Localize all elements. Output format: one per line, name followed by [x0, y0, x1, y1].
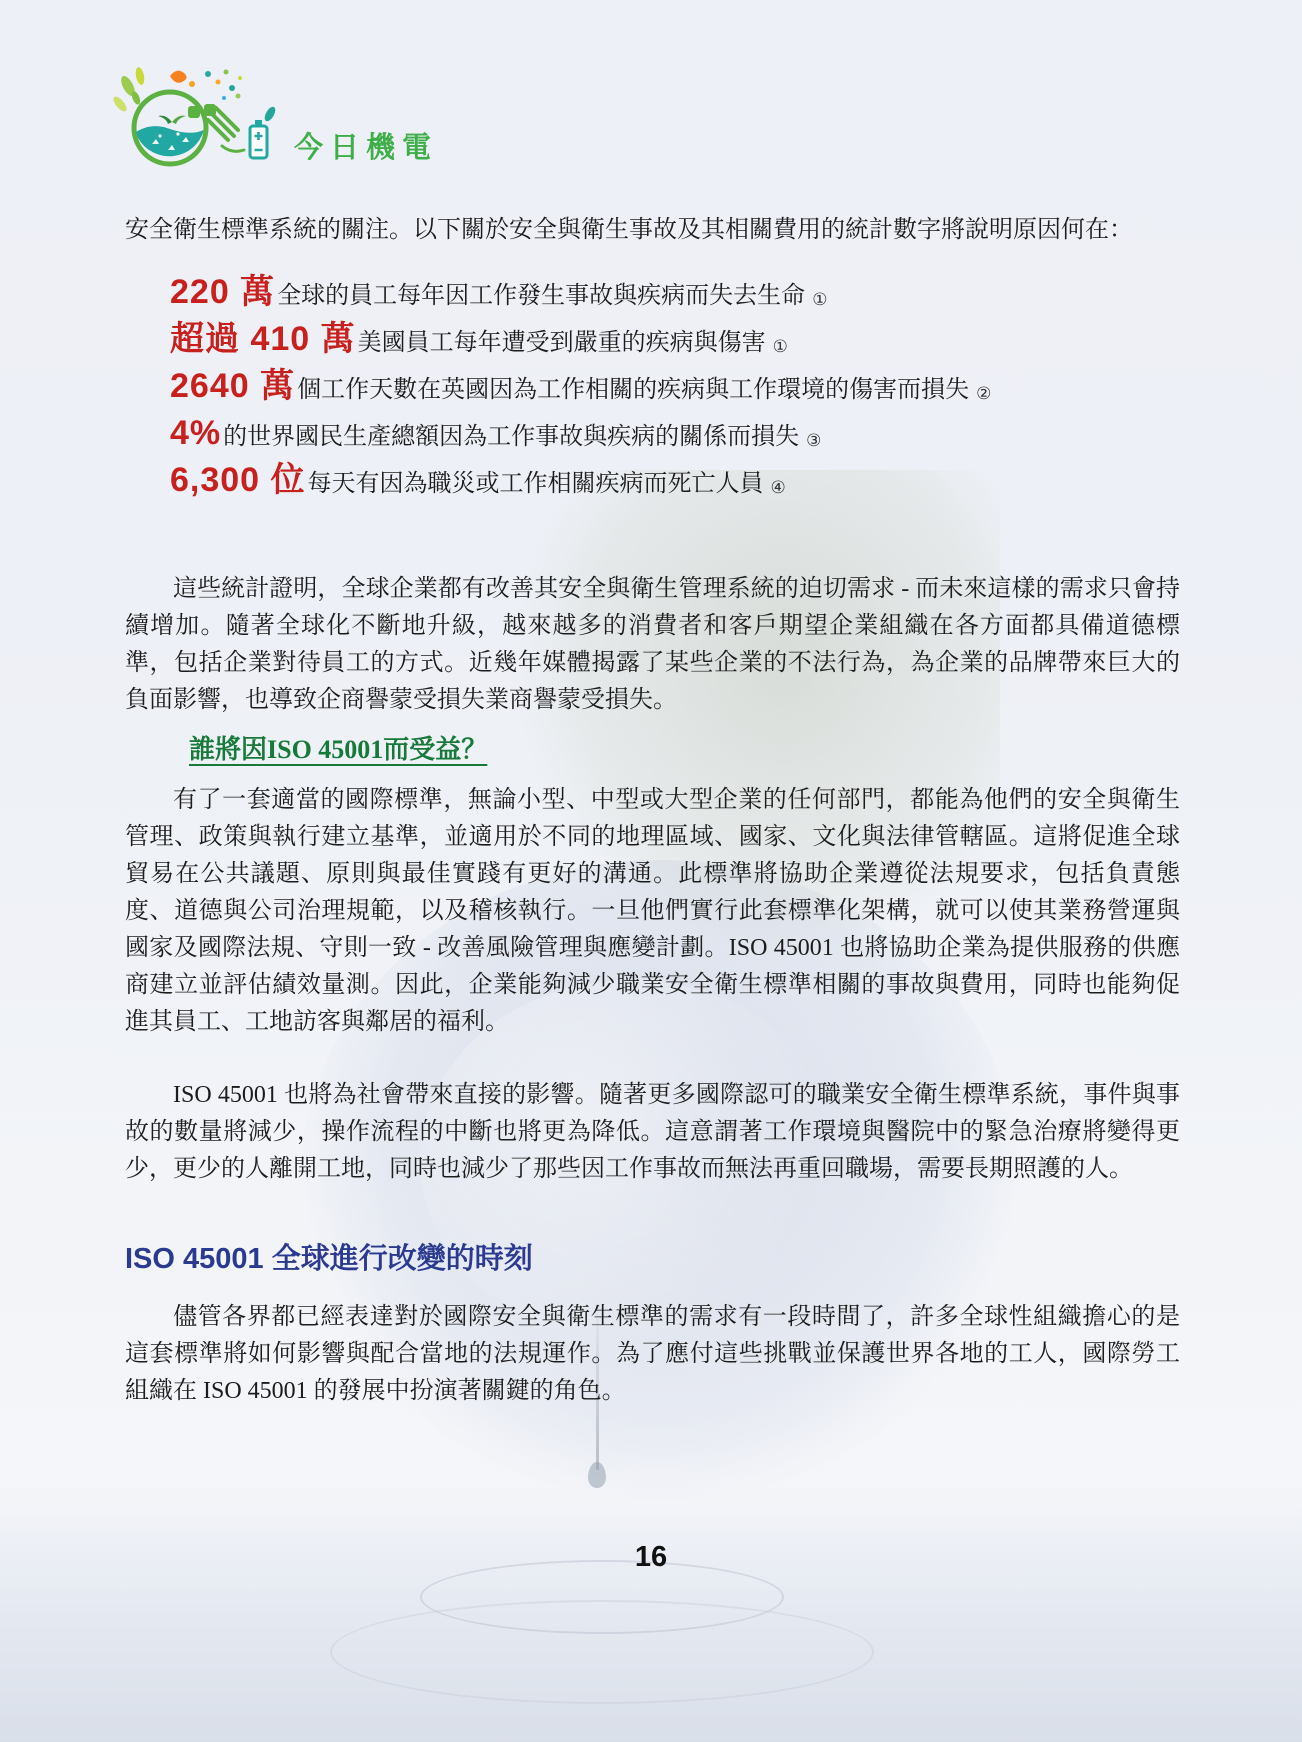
- page-number: 16: [0, 1541, 1302, 1574]
- stat-row-gdp-loss: 4%的世界國民生產總額因為工作事故與疾病的關係而損失③: [170, 414, 1180, 452]
- water-droplet-icon: [588, 1462, 606, 1488]
- water-surface-watermark: [0, 1480, 1302, 1742]
- logo: 今日機電: [112, 66, 1302, 170]
- paragraph-social-impact: ISO 45001 也將為社會帶來直接的影響。隨著更多國際認可的職業安全衛生標準…: [125, 1077, 1180, 1188]
- stat-text: 全球的員工每年因工作發生事故與疾病而失去生命: [277, 283, 805, 309]
- stat-text: 每天有因為職災或工作相關疾病而死亡人員: [308, 471, 764, 497]
- paragraph-statistics-prove: 這些統計證明，全球企業都有改善其安全與衛生管理系統的迫切需求 - 而未來這樣的需…: [125, 571, 1180, 719]
- footnote-ref: ①: [773, 337, 788, 356]
- stat-row-uk-workdays: 2640 萬個工作天數在英國因為工作相關的疾病與工作環境的傷害而損失②: [170, 367, 1180, 405]
- stat-row-global-deaths: 220 萬全球的員工每年因工作發生事故與疾病而失去生命①: [170, 273, 1180, 311]
- stat-text: 美國員工每年遭受到嚴重的疾病與傷害: [358, 330, 766, 356]
- stat-row-daily-deaths: 6,300 位每天有因為職災或工作相關疾病而死亡人員④: [170, 461, 1180, 499]
- masthead: 今日機電: [0, 0, 1302, 170]
- stat-highlight: 4%: [170, 414, 221, 452]
- heading-global-change: ISO 45001 全球進行改變的時刻: [125, 1236, 1180, 1277]
- footnote-ref: ①: [812, 290, 827, 309]
- logo-title: 今日機電: [294, 125, 438, 170]
- stat-highlight: 6,300 位: [170, 461, 306, 499]
- stat-text: 個工作天數在英國因為工作相關的疾病與工作環境的傷害而損失: [297, 377, 969, 403]
- heading-who-benefits: 誰將因ISO 45001而受益？: [189, 729, 1180, 766]
- article-body: 安全衛生標準系統的關注。以下關於安全與衛生事故及其相關費用的統計數字將說明原因何…: [125, 212, 1180, 1410]
- footnote-ref: ②: [976, 384, 991, 403]
- paragraph-standard-benefits: 有了一套適當的國際標準，無論小型、中型或大型企業的任何部門，都能為他們的安全與衛…: [125, 782, 1180, 1041]
- paragraph-ilo-role: 儘管各界都已經表達對於國際安全與衛生標準的需求有一段時間了，許多全球性組織擔心的…: [125, 1299, 1180, 1410]
- stat-highlight: 220 萬: [170, 273, 275, 311]
- stat-row-us-injuries: 超過 410 萬美國員工每年遭受到嚴重的疾病與傷害①: [170, 320, 1180, 358]
- eco-bulb-logo-icon: [112, 66, 280, 170]
- footnote-ref: ③: [806, 431, 821, 450]
- statistics-list: 220 萬全球的員工每年因工作發生事故與疾病而失去生命① 超過 410 萬美國員…: [170, 273, 1180, 499]
- intro-paragraph: 安全衛生標準系統的關注。以下關於安全與衛生事故及其相關費用的統計數字將說明原因何…: [125, 212, 1180, 249]
- stat-text: 的世界國民生產總額因為工作事故與疾病的關係而損失: [223, 424, 799, 450]
- stat-highlight: 超過 410 萬: [170, 320, 356, 358]
- magazine-page: 今日機電 安全衛生標準系統的關注。以下關於安全與衛生事故及其相關費用的統計數字將…: [0, 0, 1302, 1742]
- water-ripple-outer: [330, 1600, 874, 1704]
- stat-highlight: 2640 萬: [170, 367, 295, 405]
- footnote-ref: ④: [771, 478, 786, 497]
